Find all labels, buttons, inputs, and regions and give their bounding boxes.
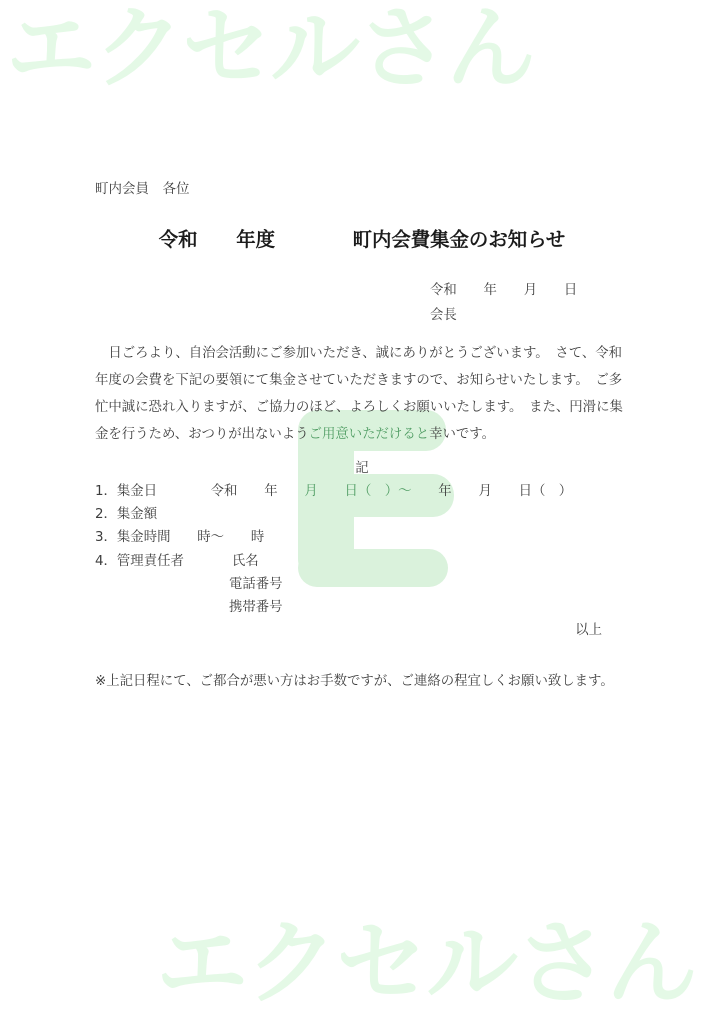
body-line-4-pre: 金を行うため、おつりが出ないよう: [95, 427, 309, 442]
document-page: エクセルさん エクセルさん 町内会員 各位 令和 年度 町内会費集金のお知らせ …: [0, 0, 724, 1024]
body-line-1: 日ごろより、自治会活動にご参加いただき、誠にありがとうございます。 さて、令和: [95, 340, 640, 367]
body-line-2: 年度の会費を下記の要領にて集金させていただきますので、お知らせいたします。 ご多: [95, 367, 640, 394]
notice-heading: 記: [0, 457, 724, 476]
brand-watermark-bottom: エクセルさん: [156, 918, 696, 1010]
closing-line: 以上: [95, 619, 602, 638]
body-line-4: 金を行うため、おつりが出ないようご用意いただけると幸いです。: [95, 421, 640, 448]
item4-name-field: 氏名: [184, 554, 259, 569]
body-line-4-highlight: ご用意いただけると: [309, 427, 430, 442]
notice-item-collection-time: 3．集金時間 時～ 時: [95, 526, 572, 549]
issue-date-line: 令和 年 月 日: [430, 279, 577, 298]
body-line-4-post: 幸いです。: [429, 427, 495, 442]
recipient-line: 町内会員 各位: [95, 177, 190, 197]
item4-mobile-field: 携帯番号: [95, 596, 572, 619]
body-line-3: 忙中誠に恐れ入りますが、ご協力のほど、よろしくお願いいたします。 また、円滑に集: [95, 394, 640, 421]
signer-line: 会長: [430, 304, 457, 323]
item4-label: 4．管理責任者: [95, 554, 184, 569]
body-paragraph: 日ごろより、自治会活動にご参加いただき、誠にありがとうございます。 さて、令和 …: [95, 340, 640, 448]
brand-watermark-top: エクセルさん: [6, 4, 534, 94]
document-title: 令和 年度 町内会費集金のお知らせ: [0, 224, 724, 252]
item1-highlight: 月 日（ ）～: [304, 484, 411, 499]
item1-pre: 1．集金日 令和 年: [95, 484, 304, 499]
item1-post: 年 月 日（ ）: [412, 484, 573, 499]
notice-item-collection-date: 1．集金日 令和 年 月 日（ ）～ 年 月 日（ ）: [95, 480, 572, 503]
notice-item-list: 1．集金日 令和 年 月 日（ ）～ 年 月 日（ ） 2．集金額 3．集金時間…: [95, 480, 572, 619]
notice-item-manager: 4．管理責任者氏名: [95, 550, 572, 573]
item4-phone-field: 電話番号: [95, 573, 572, 596]
notice-item-collection-amount: 2．集金額: [95, 503, 572, 526]
footnote-line: ※上記日程にて、ご都合が悪い方はお手数ですが、ご連絡の程宜しくお願い致します。: [95, 670, 614, 689]
